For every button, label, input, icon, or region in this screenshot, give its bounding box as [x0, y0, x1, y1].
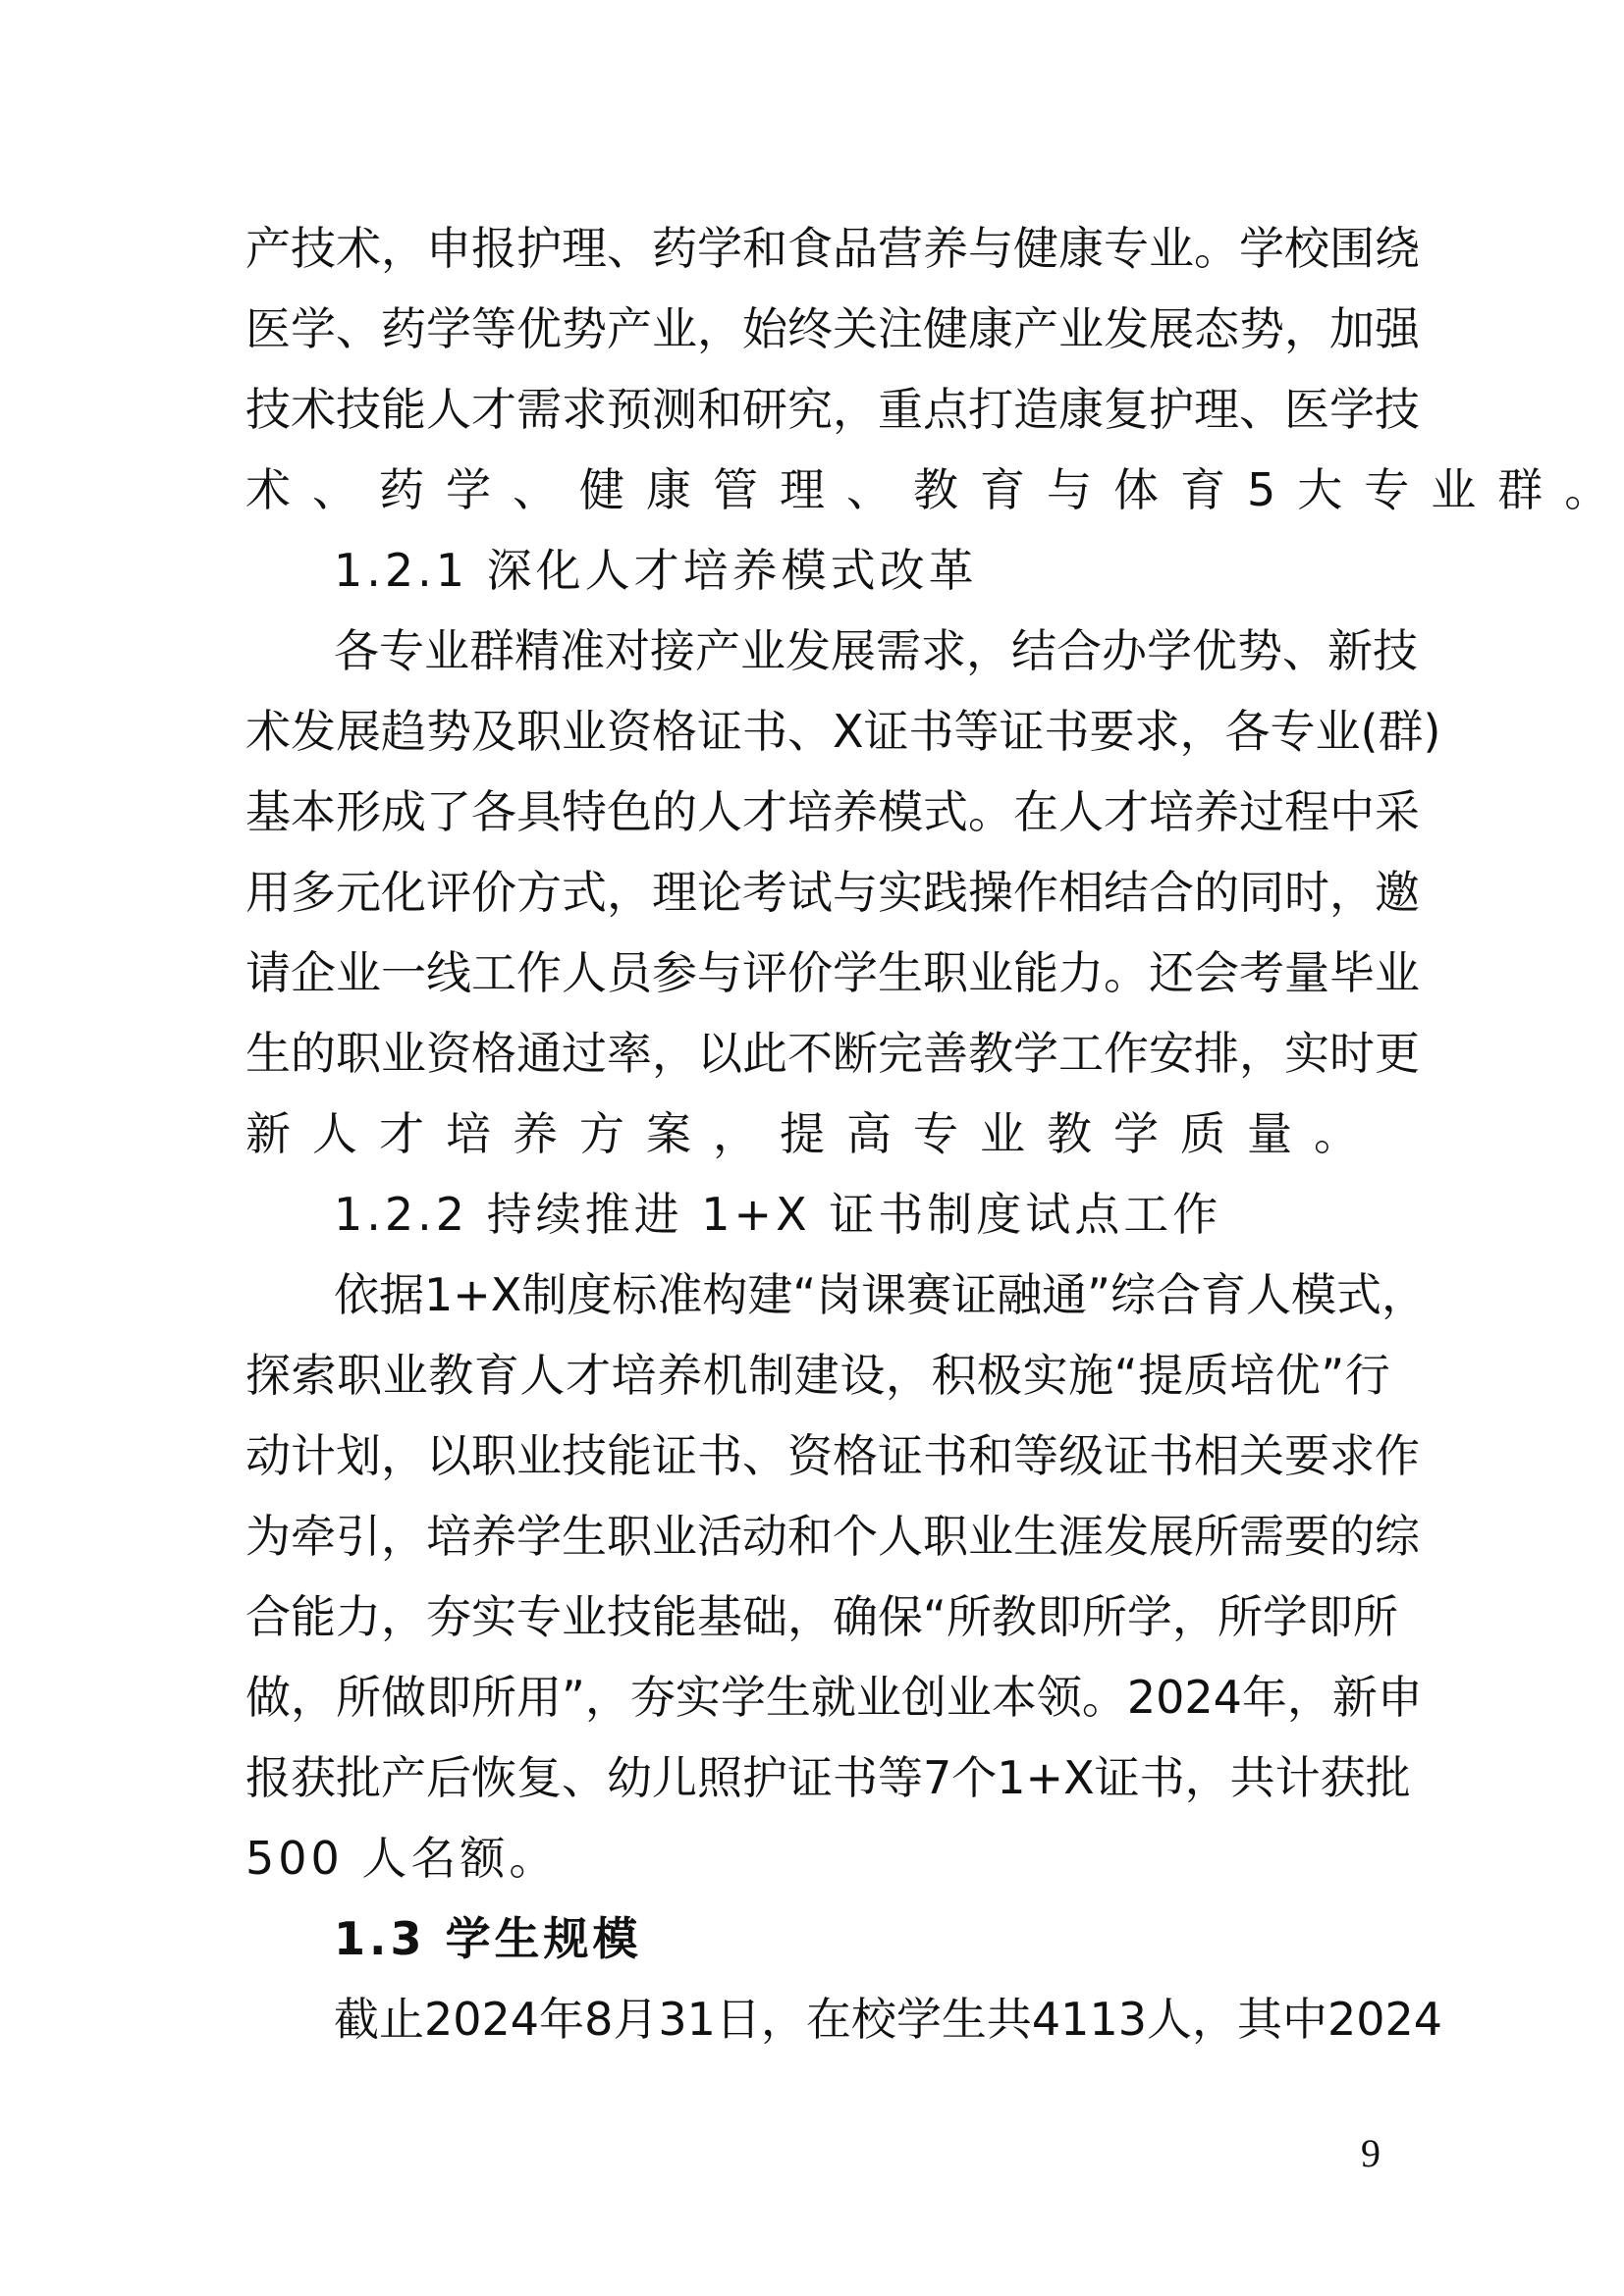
- paragraph-line: 新人才培养方案，提高专业教学质量。: [245, 1099, 1390, 1168]
- paragraph-line: 做，所做即所用”，夯实学生就业创业本领。2024年，新申: [245, 1663, 1390, 1732]
- paragraph-line: 术发展趋势及职业资格证书、X证书等证书要求，各专业(群): [245, 697, 1390, 766]
- paragraph-line: 依据1+X制度标准构建“岗课赛证融通”综合育人模式，: [334, 1260, 1390, 1329]
- paragraph-line: 医学、药学等优势产业，始终关注健康产业发展态势，加强: [245, 294, 1390, 363]
- paragraph-line: 基本形成了各具特色的人才培养模式。在人才培养过程中采: [245, 777, 1390, 846]
- paragraph-line: 500 人名额。: [245, 1824, 1390, 1893]
- paragraph-line: 生的职业资格通过率，以此不断完善教学工作安排，实时更: [245, 1019, 1390, 1088]
- paragraph-line: 探索职业教育人才培养机制建设，积极实施“提质培优”行: [245, 1341, 1390, 1410]
- paragraph-line: 请企业一线工作人员参与评价学生职业能力。还会考量毕业: [245, 938, 1390, 1007]
- paragraph-line: 报获批产后恢复、幼儿照护证书等7个1+X证书，共计获批: [245, 1743, 1390, 1812]
- section-heading-1-2-2: 1.2.2 持续推进 1+X 证书制度试点工作: [334, 1180, 1390, 1249]
- paragraph-line: 用多元化评价方式，理论考试与实践操作相结合的同时，邀: [245, 858, 1390, 927]
- paragraph-line: 动计划，以职业技能证书、资格证书和等级证书相关要求作: [245, 1421, 1390, 1490]
- paragraph-line: 为牵引，培养学生职业活动和个人职业生涯发展所需要的综: [245, 1502, 1390, 1571]
- document-page: 产技术，申报护理、药学和食品营养与健康专业。学校围绕 医学、药学等优势产业，始终…: [0, 0, 1624, 2296]
- page-number: 9: [1361, 2130, 1380, 2176]
- section-heading-1-2-1: 1.2.1 深化人才培养模式改革: [334, 536, 1390, 605]
- section-heading-1-3: 1.3 学生规模: [334, 1904, 1390, 1973]
- paragraph-line: 各专业群精准对接产业发展需求，结合办学优势、新技: [334, 616, 1390, 685]
- paragraph-line: 产技术，申报护理、药学和食品营养与健康专业。学校围绕: [245, 214, 1390, 283]
- paragraph-line: 术、药学、健康管理、教育与体育5大专业群。: [245, 455, 1390, 524]
- paragraph-line: 技术技能人才需求预测和研究，重点打造康复护理、医学技: [245, 375, 1390, 444]
- paragraph-line: 截止2024年8月31日，在校学生共4113人，其中2024: [334, 1985, 1390, 2054]
- paragraph-line: 合能力，夯实专业技能基础，确保“所教即所学，所学即所: [245, 1582, 1390, 1651]
